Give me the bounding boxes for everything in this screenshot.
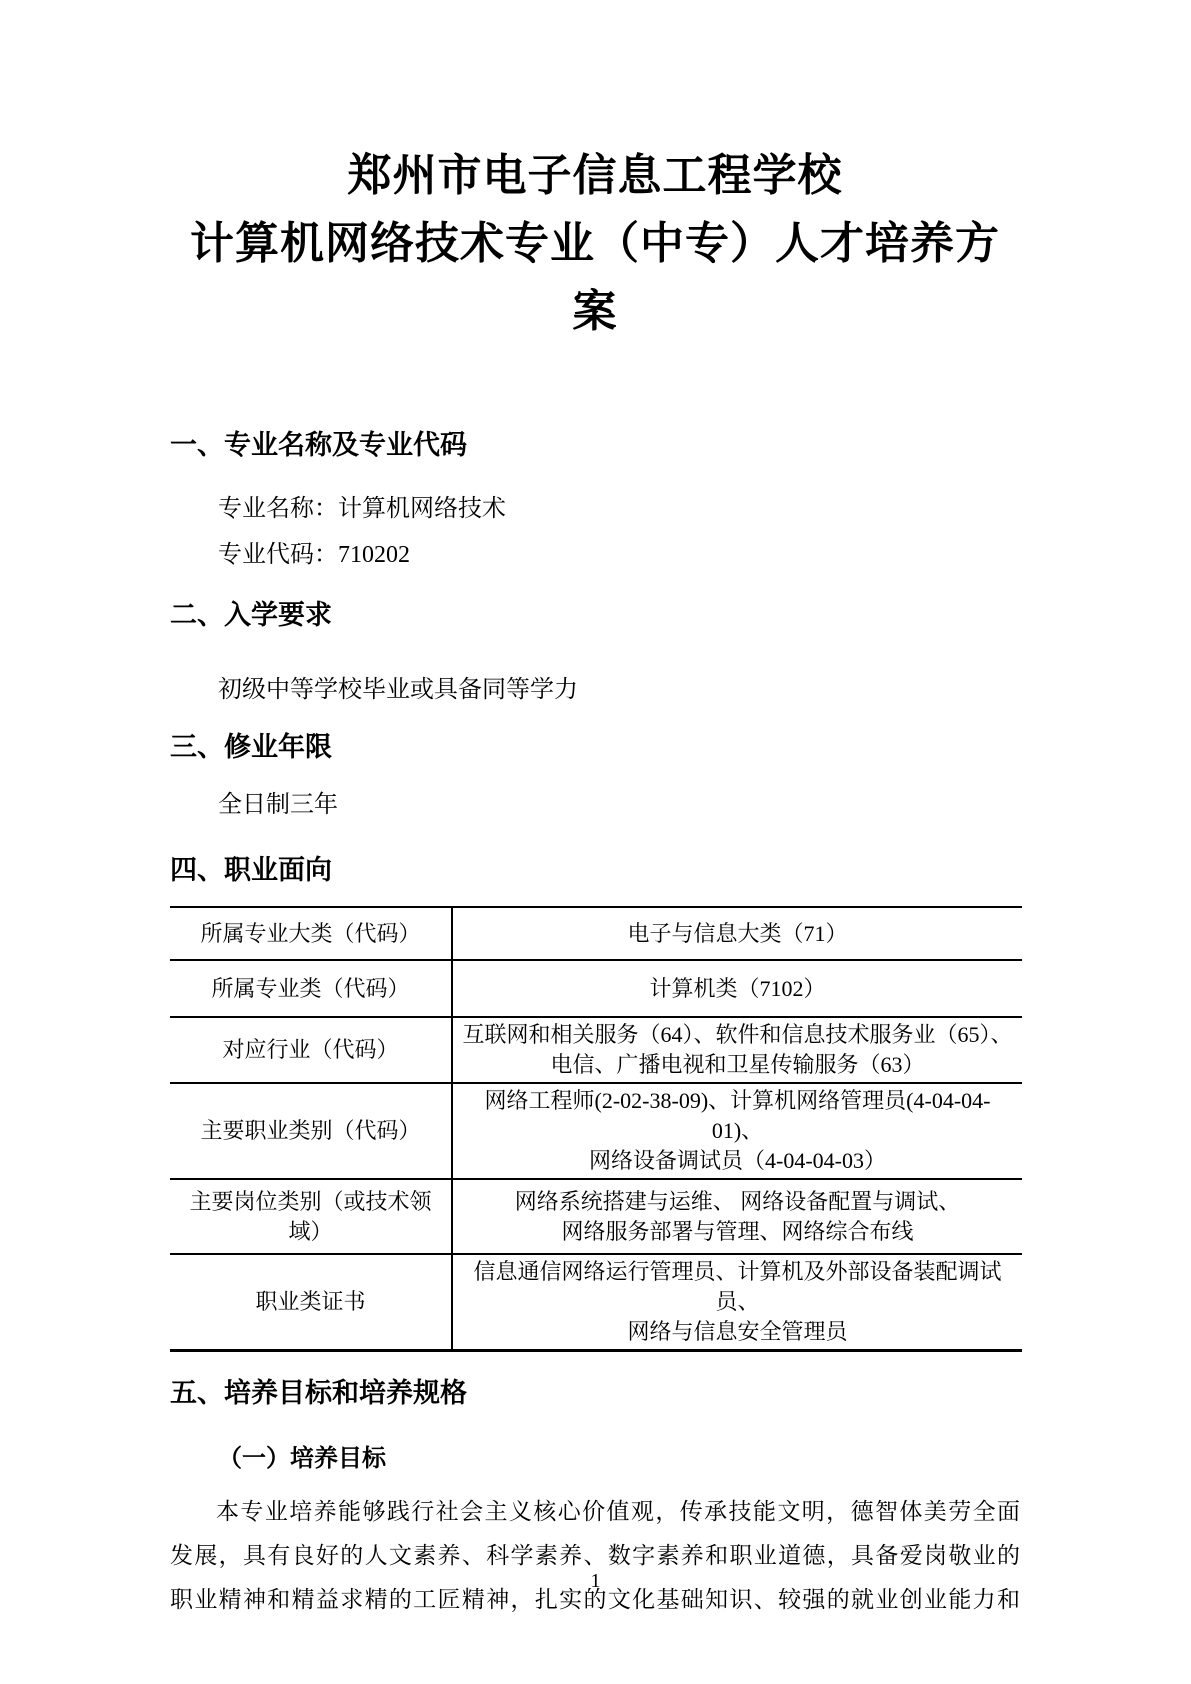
row-value-line: 网络与信息安全管理员 — [459, 1317, 1016, 1347]
occupation-table: 所属专业大类（代码） 电子与信息大类（71） 所属专业类（代码） 计算机类（71… — [170, 906, 1022, 1352]
table-row: 所属专业类（代码） 计算机类（7102） — [170, 960, 1022, 1017]
section-heading-3: 三、修业年限 — [170, 732, 1020, 762]
row-value-line: 网络设备调试员（4-04-04-03） — [459, 1146, 1016, 1176]
row-value-line: 电信、广播电视和卫星传输服务（63） — [459, 1050, 1016, 1080]
row-label: 所属专业大类（代码） — [170, 907, 452, 960]
row-label: 对应行业（代码） — [170, 1017, 452, 1083]
row-value-line: 互联网和相关服务（64）、软件和信息技术服务业（65）、 — [459, 1020, 1016, 1050]
table-row: 主要岗位类别（或技术领域） 网络系统搭建与运维、 网络设备配置与调试、 网络服务… — [170, 1179, 1022, 1254]
section-heading-4: 四、职业面向 — [170, 855, 1020, 885]
row-value-line: 计算机类（7102） — [459, 974, 1016, 1004]
subsection-heading-training-goal: （一）培养目标 — [170, 1446, 1020, 1472]
study-duration-line: 全日制三年 — [170, 793, 1020, 817]
row-value-line: 电子与信息大类（71） — [459, 919, 1016, 949]
row-label: 主要岗位类别（或技术领域） — [170, 1179, 452, 1254]
document-title-line-1: 郑州市电子信息工程学校 — [170, 142, 1020, 210]
enrollment-requirement-line: 初级中等学校毕业或具备同等学力 — [170, 678, 1020, 702]
document-title-line-2: 计算机网络技术专业（中专）人才培养方案 — [170, 210, 1020, 346]
row-value-line: 网络服务部署与管理、网络综合布线 — [459, 1217, 1016, 1247]
document-page: 郑州市电子信息工程学校 计算机网络技术专业（中专）人才培养方案 一、专业名称及专… — [0, 0, 1191, 1684]
row-label: 所属专业类（代码） — [170, 960, 452, 1017]
row-label: 主要职业类别（代码） — [170, 1083, 452, 1179]
row-value-line: 网络系统搭建与运维、 网络设备配置与调试、 — [459, 1187, 1016, 1217]
page-number: 1 — [0, 1570, 1191, 1592]
table-row: 所属专业大类（代码） 电子与信息大类（71） — [170, 907, 1022, 960]
training-goal-paragraph: 本专业培养能够践行社会主义核心价值观，传承技能文明，德智体美劳全面 发展，具有良… — [170, 1490, 1020, 1622]
section-heading-2: 二、入学要求 — [170, 600, 1020, 630]
table-row: 对应行业（代码） 互联网和相关服务（64）、软件和信息技术服务业（65）、 电信… — [170, 1017, 1022, 1083]
row-value-line: 信息通信网络运行管理员、计算机及外部设备装配调试员、 — [459, 1257, 1016, 1317]
major-code-line: 专业代码：710202 — [170, 543, 1020, 567]
row-value-line: 网络工程师(2-02-38-09)、计算机网络管理员(4-04-04-01)、 — [459, 1086, 1016, 1146]
major-name-line: 专业名称：计算机网络技术 — [170, 497, 1020, 521]
table-row: 职业类证书 信息通信网络运行管理员、计算机及外部设备装配调试员、 网络与信息安全… — [170, 1254, 1022, 1351]
section-heading-5: 五、培养目标和培养规格 — [170, 1378, 1020, 1408]
document-title: 郑州市电子信息工程学校 计算机网络技术专业（中专）人才培养方案 — [170, 0, 1020, 346]
section-heading-1: 一、专业名称及专业代码 — [170, 430, 1020, 460]
row-label: 职业类证书 — [170, 1254, 452, 1351]
table-row: 主要职业类别（代码） 网络工程师(2-02-38-09)、计算机网络管理员(4-… — [170, 1083, 1022, 1179]
paragraph-line: 本专业培养能够践行社会主义核心价值观，传承技能文明，德智体美劳全面 — [170, 1490, 1020, 1534]
